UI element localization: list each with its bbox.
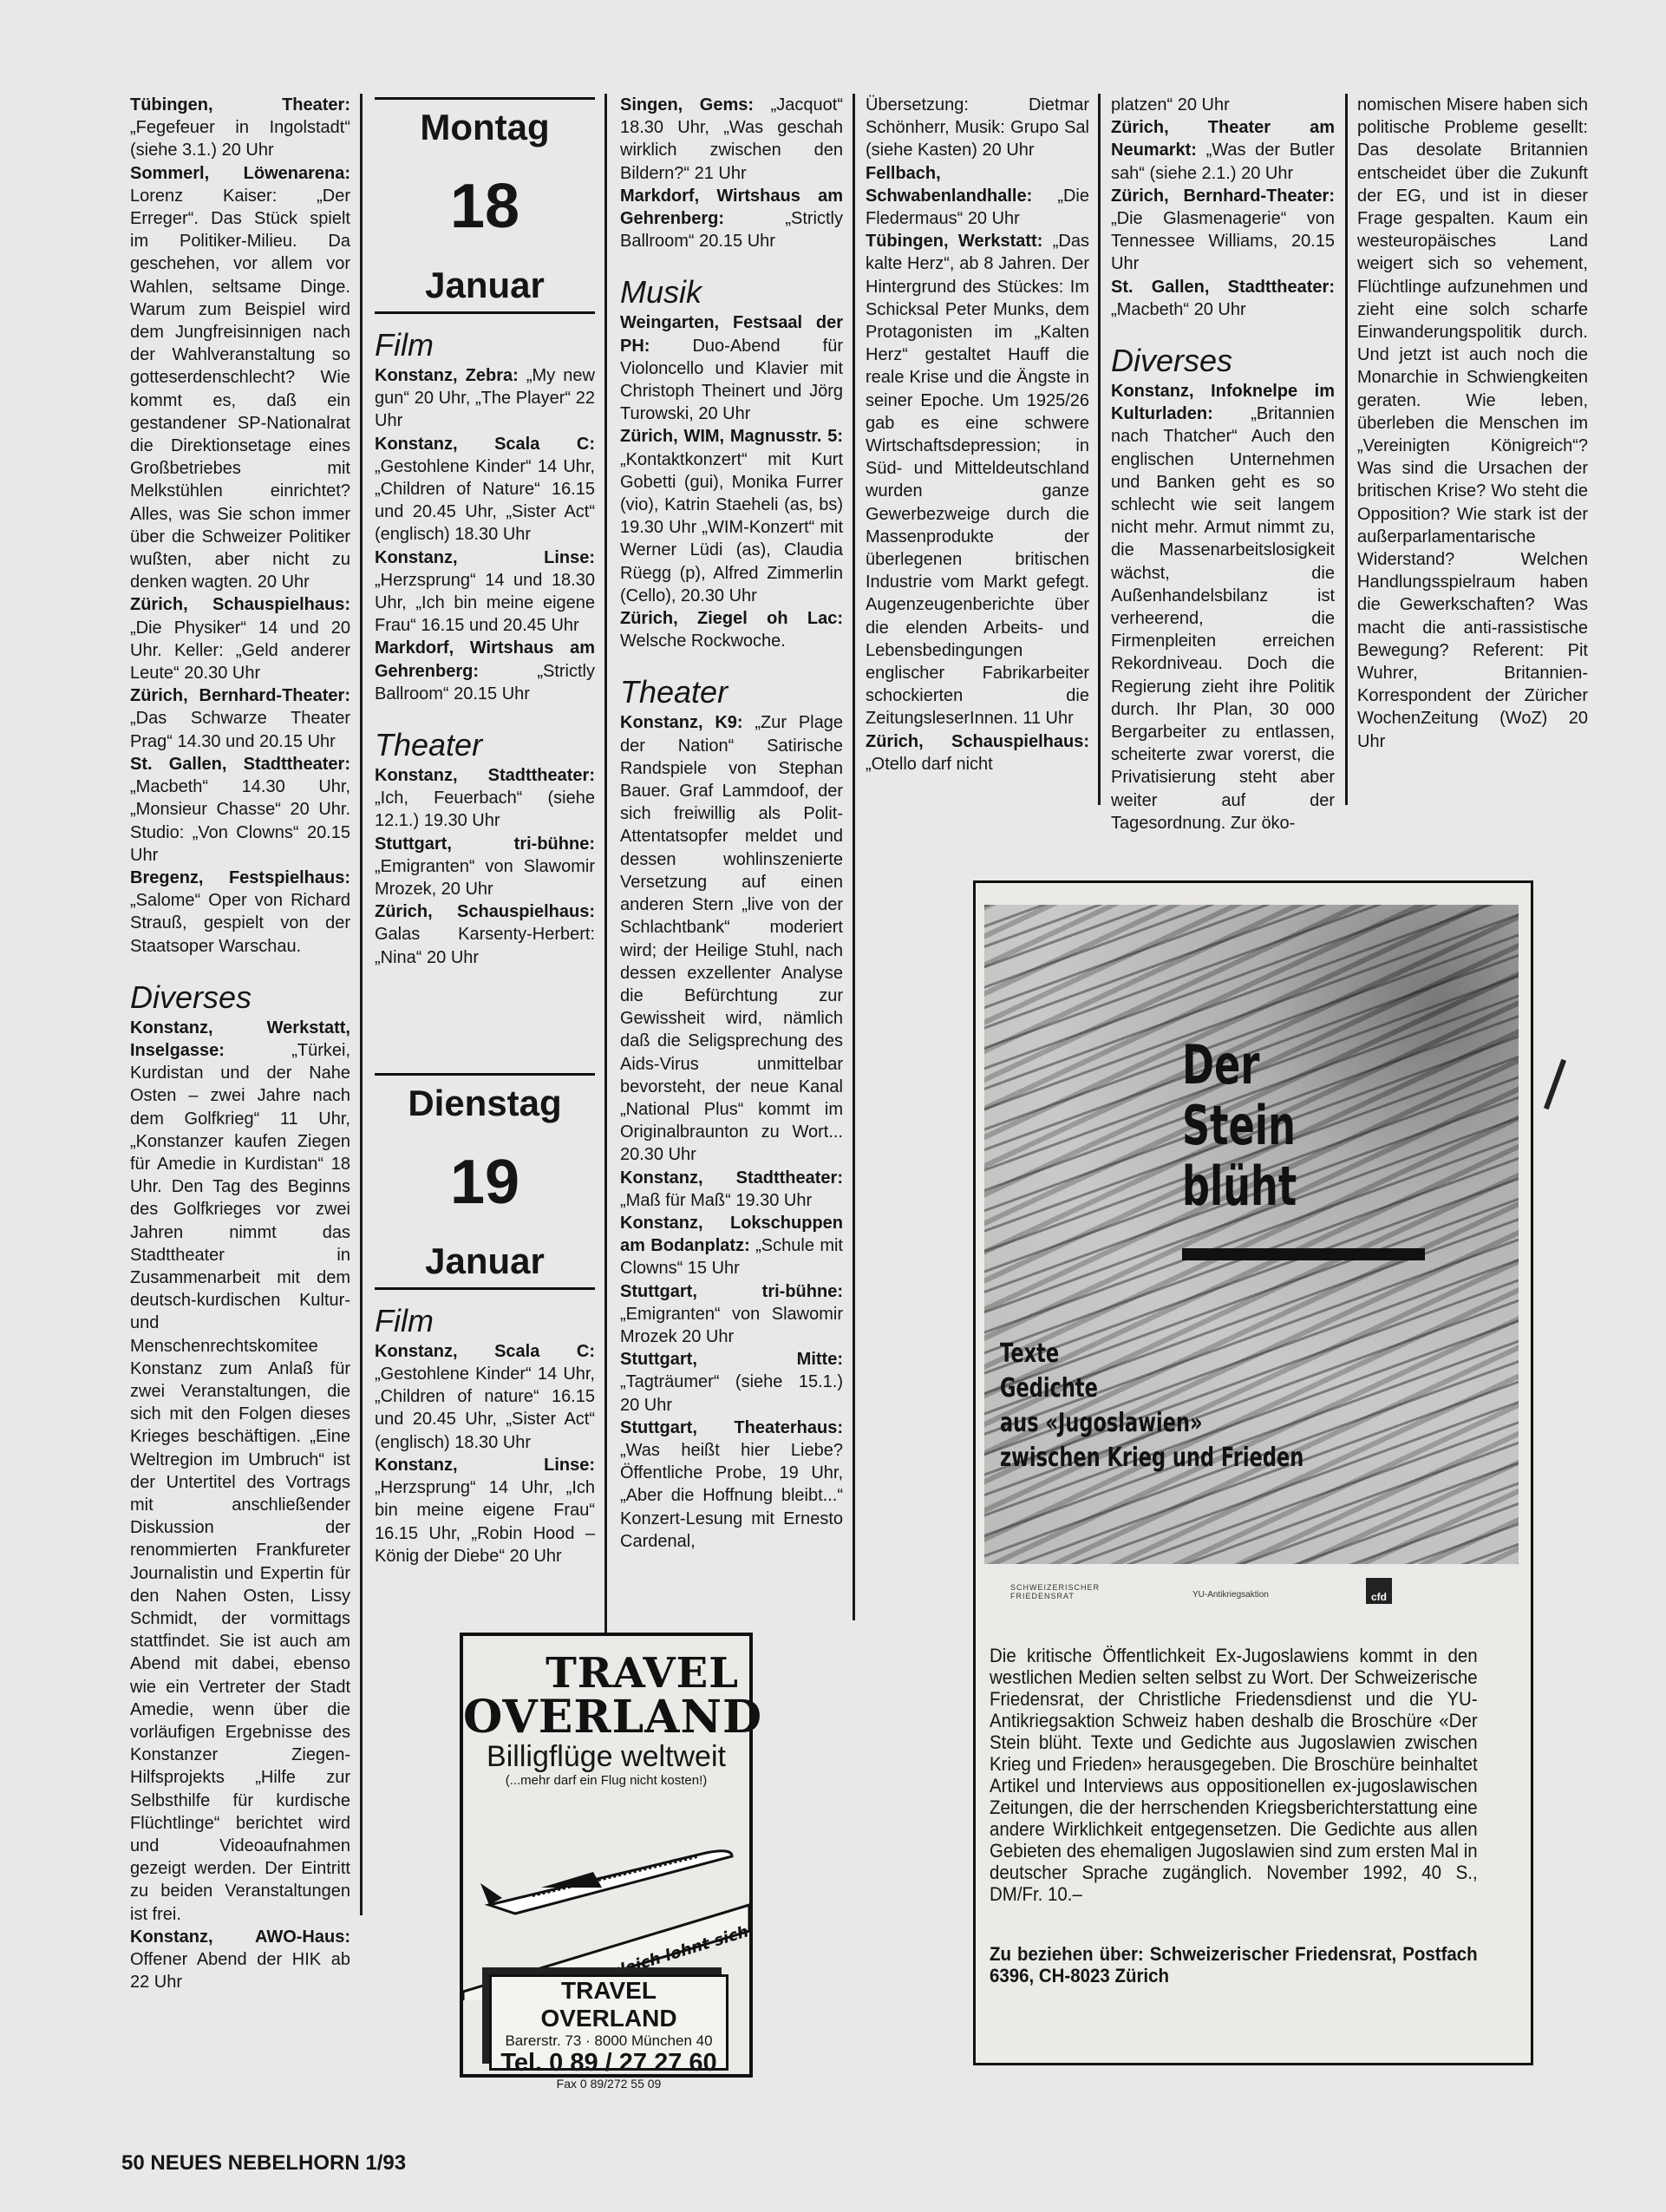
listing-entry: Bregenz, Festspielhaus: „Salome“ Oper vo… <box>130 867 350 958</box>
day-number: 18 <box>375 150 595 263</box>
venue-name: Konstanz, Stadttheater: <box>375 766 595 785</box>
ad-fax: Fax 0 89/272 55 09 <box>492 2076 726 2091</box>
section-heading-film: Film <box>375 1302 595 1340</box>
venue-name: St. Gallen, Stadttheater: <box>1111 278 1335 297</box>
date-header-monday: Montag 18 Januar <box>375 97 595 314</box>
title-underline <box>1182 1248 1425 1260</box>
event-details: Galas Karsenty-Herbert: „Nina“ 20 Uhr <box>375 925 595 966</box>
listing-entry: Konstanz, Stadttheater: „Ich, Feuerbach“… <box>375 764 595 833</box>
continued-text: nomischen Misere haben sich politische P… <box>1357 94 1588 753</box>
listing-entry: Weingarten, Festsaal der PH: Duo-Abend f… <box>620 311 843 425</box>
entries-top: Tübingen, Theater: „Fegefeuer in Ingolst… <box>130 94 350 958</box>
entries-top: platzen“ 20 UhrZürich, Theater am Neumar… <box>1111 94 1335 321</box>
entries-musik: Weingarten, Festsaal der PH: Duo-Abend f… <box>620 311 843 652</box>
listing-entry: Singen, Gems: „Jacquot“ 18.30 Uhr, „Was … <box>620 94 843 185</box>
venue-name: Singen, Gems: <box>620 95 754 115</box>
der-stein-blueht-ad: Der Stein blüht Texte Gedichte aus «Jugo… <box>973 880 1533 2065</box>
venue-name: Stuttgart, tri-bühne: <box>375 834 595 854</box>
listing-entry: Konstanz, Linse: „Herzsprung“ 14 und 18.… <box>375 546 595 638</box>
event-details: „Türkei, Kurdistan und der Nahe Osten – … <box>130 1041 350 1924</box>
event-details: „Das kalte Herz“, ab 8 Jahren. Der Hinte… <box>866 232 1089 728</box>
event-details: „Was heißt hier Liebe? Öffentliche Probe… <box>620 1441 843 1551</box>
listing-entry: Stuttgart, tri-bühne: „Emigranten“ von S… <box>375 833 595 901</box>
column-rule <box>360 94 363 1915</box>
section-heading-diverses: Diverses <box>130 978 350 1017</box>
venue-name: Konstanz, Scala C: <box>375 435 595 454</box>
listing-column-3: Singen, Gems: „Jacquot“ 18.30 Uhr, „Was … <box>620 94 843 1553</box>
entries-film: Konstanz, Zebra: „My new gun“ 20 Uhr, „T… <box>375 364 595 705</box>
section-heading-film: Film <box>375 326 595 364</box>
entries-diverses: Konstanz, Infoknelpe im Kulturladen: „Br… <box>1111 380 1335 834</box>
listing-entry: Übersetzung: Dietmar Schönherr, Musik: G… <box>866 94 1089 162</box>
listing-entry: Konstanz, Werkstatt, Inselgasse: „Türkei… <box>130 1017 350 1926</box>
venue-name: Stuttgart, Theaterhaus: <box>620 1418 843 1437</box>
listing-column-2: Montag 18 Januar Film Konstanz, Zebra: „… <box>375 97 595 1567</box>
event-details: Duo-Abend für Violoncello und Klavier mi… <box>620 337 843 424</box>
event-details: „Ich, Feuerbach“ (siehe 12.1.) 19.30 Uhr <box>375 789 595 830</box>
yu-antikriegsaktion-logo: YU-Antikriegsaktion <box>1192 1590 1269 1600</box>
date-header-tuesday: Dienstag 19 Januar <box>375 1073 595 1290</box>
entries-theater: Konstanz, Stadttheater: „Ich, Feuerbach“… <box>375 764 595 969</box>
venue-name: Konstanz, Linse: <box>375 1456 595 1475</box>
ad-phone: Tel. 0 89 / 27 27 60 <box>492 2050 726 2076</box>
entries-top: Singen, Gems: „Jacquot“ 18.30 Uhr, „Was … <box>620 94 843 252</box>
column-rule <box>1345 94 1348 805</box>
event-details: „Die Glasmenagerie“ von Tennessee Willia… <box>1111 209 1335 273</box>
entries-theater: Konstanz, K9: „Zur Plage der Nation“ Sat… <box>620 711 843 1553</box>
section-heading-theater: Theater <box>620 673 843 711</box>
column-rule <box>1098 94 1101 805</box>
ad-logo-line2: OVERLAND <box>463 1695 742 1740</box>
event-details: Lorenz Kaiser: „Der Erreger“. Das Stück … <box>130 187 350 592</box>
event-details: „Die Physiker“ 14 und 20 Uhr. Keller: „G… <box>130 618 350 683</box>
entries-diverses: Konstanz, Werkstatt, Inselgasse: „Türkei… <box>130 1017 350 1994</box>
event-details: „Herzsprung“ 14 Uhr, „Ich bin meine eige… <box>375 1478 595 1566</box>
event-details: „Macbeth“ 20 Uhr <box>1111 300 1246 319</box>
friedensrat-logo: SCHWEIZERISCHER FRIEDENSRAT <box>1010 1583 1100 1600</box>
listing-entry: Tübingen, Werkstatt: „Das kalte Herz“, a… <box>866 230 1089 730</box>
listing-entry: Stuttgart, Theaterhaus: „Was heißt hier … <box>620 1417 843 1553</box>
venue-name: Zürich, Schauspielhaus: <box>130 595 350 614</box>
listing-entry: Zürich, Schauspielhaus: Galas Karsenty-H… <box>375 900 595 969</box>
event-details: „Maß für Maß“ 19.30 Uhr <box>620 1191 812 1210</box>
venue-name: Konstanz, Stadttheater: <box>620 1168 843 1188</box>
venue-name: Sommerl, Löwenarena: <box>130 164 350 183</box>
order-info: Zu beziehen über: Schweizerischer Friede… <box>990 1943 1478 1986</box>
section-heading-musik: Musik <box>620 273 843 311</box>
listing-entry: Konstanz, Stadttheater: „Maß für Maß“ 19… <box>620 1167 843 1212</box>
listing-entry: Zürich, WIM, Magnusstr. 5: „Kontaktkonze… <box>620 425 843 607</box>
month: Januar <box>375 1239 595 1284</box>
ad-company: TRAVEL OVERLAND <box>492 1977 726 2032</box>
listing-entry: Stuttgart, tri-bühne: „Emigranten“ von S… <box>620 1280 843 1349</box>
event-details: „Salome“ Oper von Richard Strauß, gespie… <box>130 891 350 955</box>
listing-entry: Zürich, Ziegel oh Lac: Welsche Rockwoche… <box>620 607 843 652</box>
event-details: „Tagträumer“ (siehe 15.1.) 20 Uhr <box>620 1372 843 1414</box>
event-details: „Otello darf nicht <box>866 755 993 774</box>
venue-name: Fellbach, Schwabenlandhalle: <box>866 164 1032 206</box>
event-details: „Emigranten“ von Slawomir Mrozek 20 Uhr <box>620 1305 843 1346</box>
event-details: „Kontaktkonzert“ mit Kurt Gobetti (gui),… <box>620 450 843 605</box>
listing-column-6: nomischen Misere haben sich politische P… <box>1357 94 1588 753</box>
listing-entry: Tübingen, Theater: „Fegefeuer in Ingolst… <box>130 94 350 162</box>
entries: Übersetzung: Dietmar Schönherr, Musik: G… <box>866 94 1089 776</box>
venue-name: Konstanz, Zebra: <box>375 366 519 385</box>
event-details: „Das Schwarze Theater Prag“ 14.30 und 20… <box>130 709 350 750</box>
listing-entry: Konstanz, Zebra: „My new gun“ 20 Uhr, „T… <box>375 364 595 433</box>
venue-name: Konstanz, AWO-Haus: <box>130 1927 350 1947</box>
column-rule <box>604 94 607 1655</box>
publisher-logos: SCHWEIZERISCHER FRIEDENSRAT YU-Antikrieg… <box>984 1573 1519 1620</box>
event-details: „Gestohlene Kinder“ 14 Uhr, „Children of… <box>375 457 595 545</box>
venue-name: Zürich, Bernhard-Theater: <box>1111 187 1335 206</box>
venue-name: Tübingen, Werkstatt: <box>866 232 1042 251</box>
listing-column-4: Übersetzung: Dietmar Schönherr, Musik: G… <box>866 94 1089 776</box>
ad-logo-line1: TRAVEL <box>463 1652 739 1695</box>
entries-film-2: Konstanz, Scala C: „Gestohlene Kinder“ 1… <box>375 1340 595 1567</box>
venue-name: Stuttgart, Mitte: <box>620 1350 843 1369</box>
venue-name: St. Gallen, Stadttheater: <box>130 755 350 774</box>
listing-entry: Zürich, Schauspielhaus: „Die Physiker“ 1… <box>130 593 350 684</box>
listing-entry: Konstanz, Linse: „Herzsprung“ 14 Uhr, „I… <box>375 1454 595 1567</box>
event-details: „Britannien nach Thatcher“ Auch den engl… <box>1111 404 1335 833</box>
venue-name: Tübingen, Theater: <box>130 95 350 115</box>
listing-entry: Zürich, Schauspielhaus: „Otello darf nic… <box>866 730 1089 776</box>
listing-entry: Stuttgart, Mitte: „Tagträumer“ (siehe 15… <box>620 1348 843 1417</box>
listing-entry: Konstanz, Scala C: „Gestohlene Kinder“ 1… <box>375 1340 595 1454</box>
venue-name: Zürich, Schauspielhaus: <box>375 902 595 921</box>
event-details: Übersetzung: Dietmar Schönherr, Musik: G… <box>866 95 1089 160</box>
venue-name: Zürich, Bernhard-Theater: <box>130 686 350 705</box>
listing-entry: St. Gallen, Stadttheater: „Macbeth“ 20 U… <box>1111 276 1335 321</box>
event-details: Offener Abend der HIK ab 22 Uhr <box>130 1950 350 1992</box>
listing-entry: Zürich, Bernhard-Theater: „Die Glasmenag… <box>1111 185 1335 276</box>
venue-name: Konstanz, Linse: <box>375 548 595 567</box>
listing-entry: Konstanz, K9: „Zur Plage der Nation“ Sat… <box>620 711 843 1166</box>
section-heading-theater: Theater <box>375 726 595 764</box>
brochure-title: Der Stein blüht <box>1182 1035 1297 1217</box>
event-details: „Zur Plage der Nation“ Satirische Randsp… <box>620 713 843 1164</box>
venue-name: Zürich, Schauspielhaus: <box>866 732 1089 751</box>
event-details: „Fegefeuer in Ingolstadt“ (siehe 3.1.) 2… <box>130 118 350 160</box>
listing-entry: Zürich, Theater am Neumarkt: „Was der Bu… <box>1111 116 1335 185</box>
listing-entry: Zürich, Bernhard-Theater: „Das Schwarze … <box>130 684 350 753</box>
venue-name: Stuttgart, tri-bühne: <box>620 1282 843 1301</box>
travel-overland-ad: TRAVEL OVERLAND Billigflüge weltweit (..… <box>460 1633 753 2078</box>
listing-entry: platzen“ 20 Uhr <box>1111 94 1335 116</box>
event-details: „Gestohlene Kinder“ 14 Uhr, „Children of… <box>375 1365 595 1452</box>
listing-entry: Konstanz, AWO-Haus: Offener Abend der HI… <box>130 1926 350 1994</box>
listing-column-1: Tübingen, Theater: „Fegefeuer in Ingolst… <box>130 94 350 1993</box>
listing-entry: Sommerl, Löwenarena: Lorenz Kaiser: „Der… <box>130 162 350 594</box>
rock-photo: Der Stein blüht Texte Gedichte aus «Jugo… <box>984 905 1519 1564</box>
event-details: platzen“ 20 Uhr <box>1111 95 1230 115</box>
section-heading-diverses: Diverses <box>1111 342 1335 380</box>
venue-name: Bregenz, Festspielhaus: <box>130 868 350 887</box>
ad-address-box: TRAVEL OVERLAND Barerstr. 73 · 8000 Münc… <box>489 1974 728 2071</box>
scan-mark <box>1544 1059 1566 1109</box>
event-details: „Emigranten“ von Slawomir Mrozek, 20 Uhr <box>375 857 595 899</box>
weekday: Dienstag <box>375 1081 595 1126</box>
listing-entry: Konstanz, Lokschuppen am Bodanplatz: „Sc… <box>620 1212 843 1280</box>
event-details: Welsche Rockwoche. <box>620 632 786 651</box>
listing-entry: Markdorf, Wirtshaus am Gehrenberg: „Stri… <box>620 185 843 253</box>
weekday: Montag <box>375 105 595 150</box>
listing-entry: Konstanz, Scala C: „Gestohlene Kinder“ 1… <box>375 433 595 546</box>
ad-address: Barerstr. 73 · 8000 München 40 <box>492 2032 726 2050</box>
ad-subline: (...mehr darf ein Flug nicht kosten!) <box>463 1773 749 1788</box>
event-details: „Macbeth“ 14.30 Uhr, „Monsieur Chasse“ 2… <box>130 777 350 865</box>
listing-entry: Fellbach, Schwabenlandhalle: „Die Fleder… <box>866 162 1089 231</box>
page-footer: 50 NEUES NEBELHORN 1/93 <box>121 2151 406 2176</box>
listing-entry: Markdorf, Wirtshaus am Gehrenberg: „Stri… <box>375 637 595 705</box>
listing-entry: St. Gallen, Stadttheater: „Macbeth“ 14.3… <box>130 753 350 867</box>
ad-tagline: Billigflüge weltweit <box>463 1740 749 1773</box>
venue-name: Konstanz, Scala C: <box>375 1342 595 1361</box>
venue-name: Zürich, Ziegel oh Lac: <box>620 609 843 628</box>
listing-column-5: platzen“ 20 UhrZürich, Theater am Neumar… <box>1111 94 1335 834</box>
month: Januar <box>375 263 595 308</box>
day-number: 19 <box>375 1126 595 1239</box>
venue-name: Zürich, WIM, Magnusstr. 5: <box>620 427 843 446</box>
venue-name: Konstanz, K9: <box>620 713 743 732</box>
column-rule <box>853 94 855 1620</box>
listing-entry: Konstanz, Infoknelpe im Kulturladen: „Br… <box>1111 380 1335 834</box>
brochure-subtitle: Texte Gedichte aus «Jugoslawien» zwische… <box>1000 1337 1303 1476</box>
event-details: „Herzsprung“ 14 und 18.30 Uhr, „Ich bin … <box>375 571 595 635</box>
cfd-logo: cfd <box>1366 1578 1392 1604</box>
brochure-description: Die kritische Öffentlichkeit Ex-Jugoslaw… <box>990 1645 1478 1905</box>
